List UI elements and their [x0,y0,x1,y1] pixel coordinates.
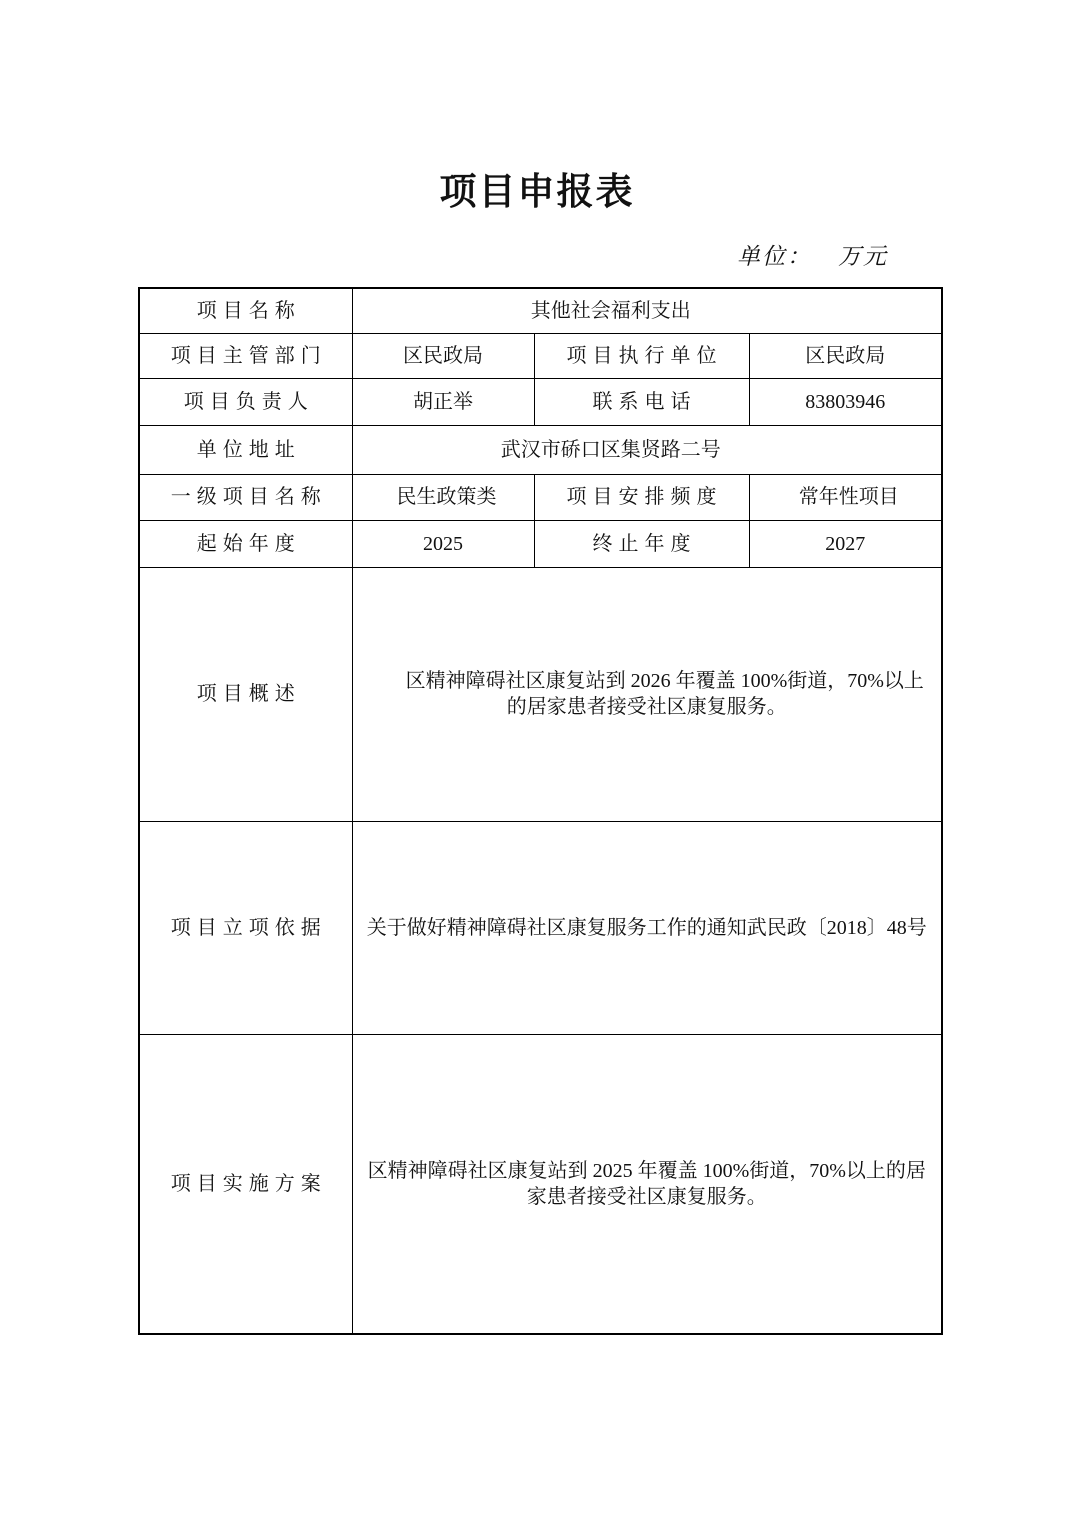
project-leader-value: 胡正举 [352,378,534,425]
row-departments: 项目主管部门 区民政局 项目执行单位 区民政局 [139,333,942,378]
row-approval-basis: 项目立项依据 关于做好精神障碍社区康复服务工作的通知武民政〔2018〕48号 [139,821,942,1034]
executing-unit-value: 区民政局 [749,333,942,378]
implementation-plan-value: 区精神障碍社区康复站到 2025 年覆盖 100%街道，70%以上的居家患者接受… [352,1034,942,1334]
project-name-label: 项目名称 [139,288,352,333]
row-unit-address: 单位地址 武汉市硚口区集贤路二号 [139,425,942,474]
contact-phone-label: 联系电话 [534,378,749,425]
arrangement-frequency-value: 常年性项目 [749,474,942,520]
competent-department-label: 项目主管部门 [139,333,352,378]
start-year-label: 起始年度 [139,520,352,567]
unit-address-value: 武汉市硚口区集贤路二号 [352,425,942,474]
row-years: 起始年度 2025 终止年度 2027 [139,520,942,567]
row-leader-phone: 项目负责人 胡正举 联系电话 83803946 [139,378,942,425]
end-year-label: 终止年度 [534,520,749,567]
project-overview-label: 项目概述 [139,567,352,821]
competent-department-value: 区民政局 [352,333,534,378]
row-implementation-plan: 项目实施方案 区精神障碍社区康复站到 2025 年覆盖 100%街道，70%以上… [139,1034,942,1334]
project-leader-label: 项目负责人 [139,378,352,425]
start-year-value: 2025 [352,520,534,567]
unit-value: 万元 [838,244,888,269]
first-level-name-value: 民生政策类 [352,474,534,520]
row-level-frequency: 一级项目名称 民生政策类 项目安排频度 常年性项目 [139,474,942,520]
end-year-value: 2027 [749,520,942,567]
document-page: 项目申报表 单位：万元 项目名称 其他社会福利支出 项目主管部门 区民政局 项目… [0,0,1074,1520]
approval-basis-label: 项目立项依据 [139,821,352,1034]
executing-unit-label: 项目执行单位 [534,333,749,378]
project-overview-value: 区精神障碍社区康复站到 2026 年覆盖 100%街道，70%以上的居家患者接受… [352,567,942,821]
approval-basis-value: 关于做好精神障碍社区康复服务工作的通知武民政〔2018〕48号 [352,821,942,1034]
contact-phone-value: 83803946 [749,378,942,425]
project-application-table: 项目名称 其他社会福利支出 项目主管部门 区民政局 项目执行单位 区民政局 项目… [138,287,943,1335]
project-name-value: 其他社会福利支出 [352,288,942,333]
implementation-plan-label: 项目实施方案 [139,1034,352,1334]
unit-address-label: 单位地址 [139,425,352,474]
unit-label: 单位： [737,244,812,269]
first-level-name-label: 一级项目名称 [139,474,352,520]
row-project-name: 项目名称 其他社会福利支出 [139,288,942,333]
arrangement-frequency-label: 项目安排频度 [534,474,749,520]
unit-line: 单位：万元 [0,238,888,271]
page-title: 项目申报表 [0,170,1074,216]
row-project-overview: 项目概述 区精神障碍社区康复站到 2026 年覆盖 100%街道，70%以上的居… [139,567,942,821]
